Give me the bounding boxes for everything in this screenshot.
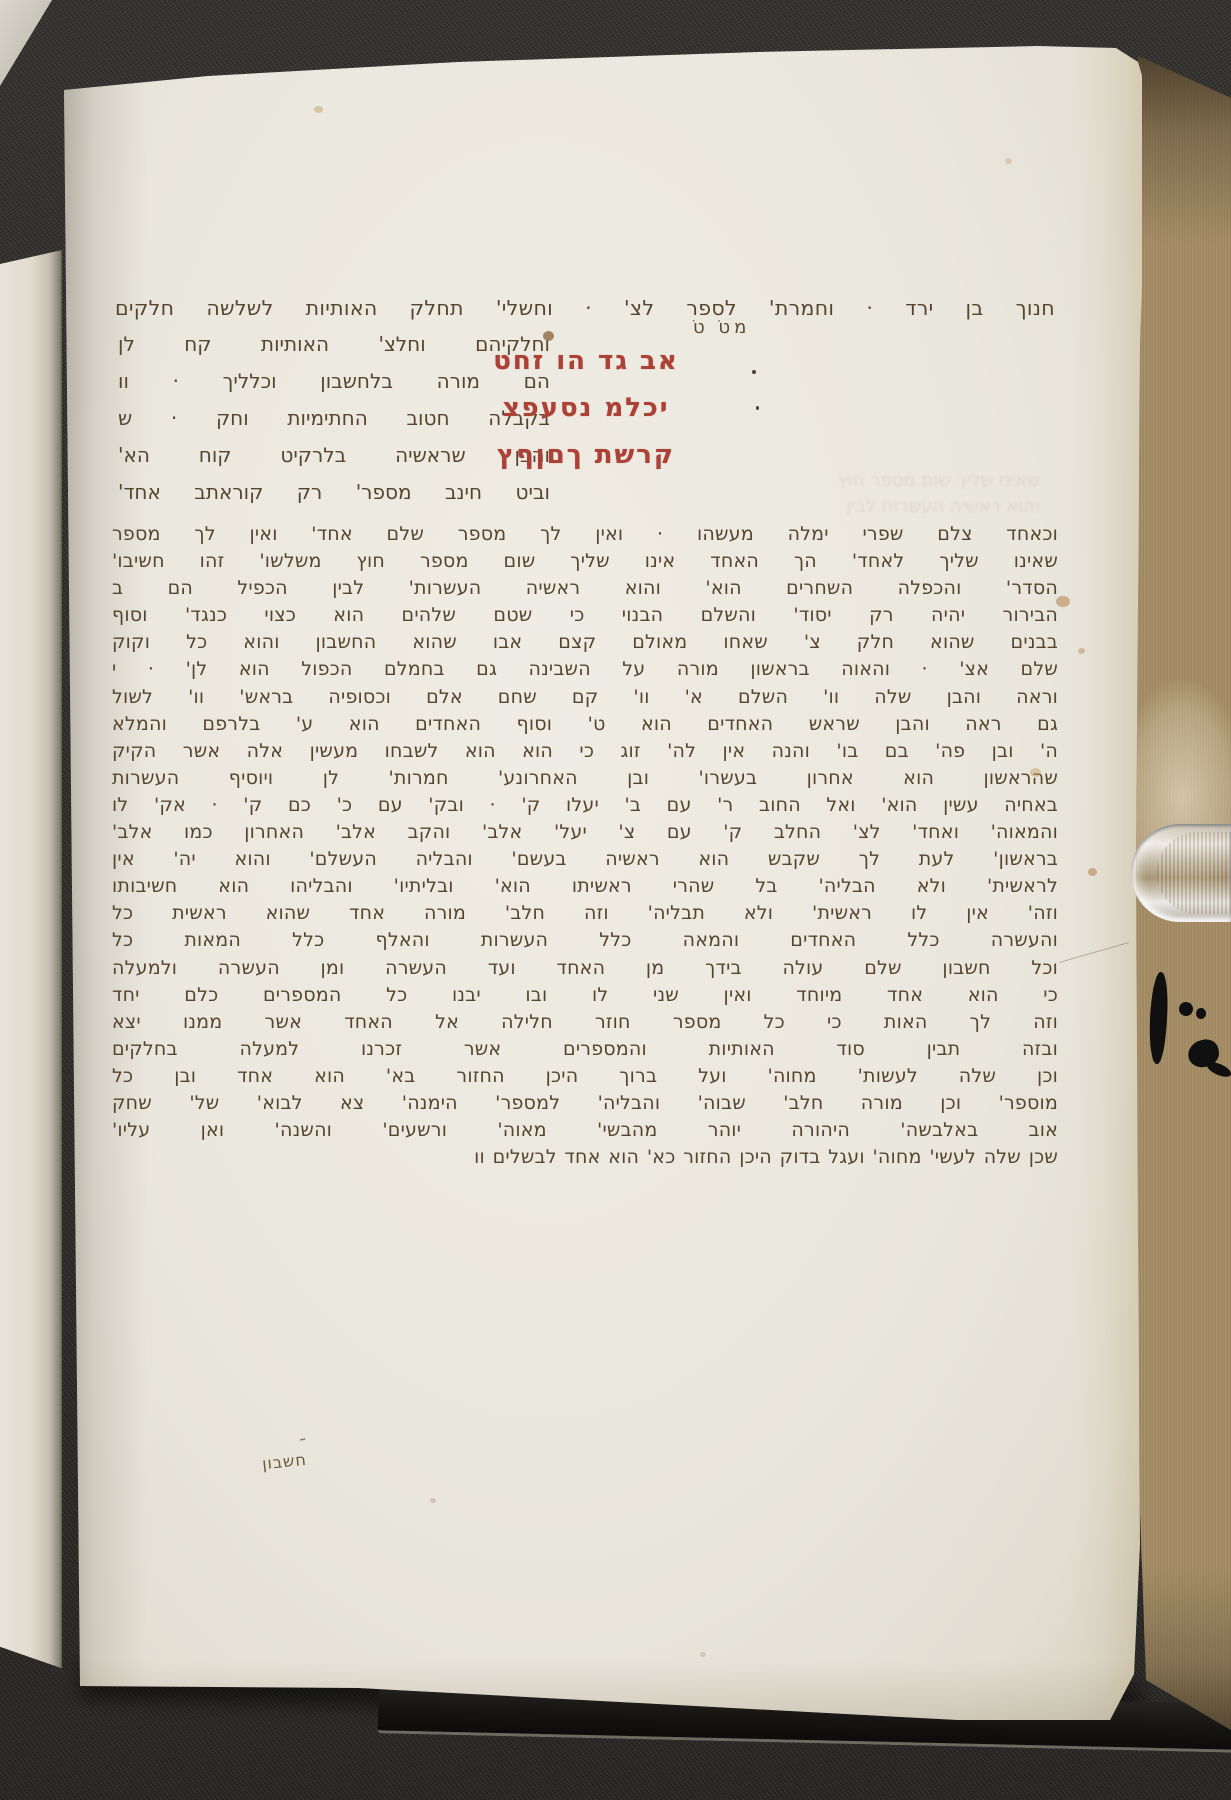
text-line: בראשון' לעת לך שקבש הוא ראשיה בעשם' והבל… <box>112 846 1058 873</box>
text-line: וראה והבן שלה וו' השלם א' וו' קם שחם אלם… <box>112 684 1058 711</box>
text-line: שהראשון הוא אחרון בעשרו' ובן האחרונע' חמ… <box>112 765 1058 792</box>
text-line: בבנים שהוא חלק צ' שאחו מאולם קצם אבו שהו… <box>112 629 1058 656</box>
ink-dot <box>752 370 756 374</box>
text-line: שאינו שליך לאחד' הך האחד אינו שליך שום מ… <box>112 548 1058 575</box>
ink-blot <box>1196 1008 1206 1019</box>
text-line: לראשית' ולא הבליה' בל שהרי ראשיתו הוא' ו… <box>112 873 1058 900</box>
foxing-spot <box>430 1498 436 1503</box>
back-cover-corner <box>0 0 52 86</box>
header-line: חנוך בן ירד · וחמרת' לספר לצ' · וחשלי' ת… <box>115 293 1055 323</box>
text-line: ובזה תבין סוד האותיות והמספרים אשר זכרנו… <box>112 1036 1058 1063</box>
text-line: שלם אצ' · והאוה בראשון מורה על השבינה גם… <box>112 656 1058 683</box>
red-alphabet-line: קרשת ךםןףץ <box>462 432 710 479</box>
text-line: כי הוא אחד מיוחד ואין שני לו ובו יבנו כל… <box>112 982 1058 1009</box>
text-line: וזה לך האות כי כל מספר חוזר חלילה אל האח… <box>112 1009 1058 1036</box>
ink-blot <box>1179 1002 1193 1016</box>
text-line: שכן שלה לעשי' מחוה' ועגל בדוק היכן החזור… <box>112 1144 1058 1171</box>
foxing-spot <box>1056 596 1070 607</box>
main-text-block: וכאחד צלם שפרי ימלה מעשהו · ואין לך מספר… <box>112 521 1058 1171</box>
foxing-spot <box>1005 158 1012 164</box>
foxing-spot <box>1078 648 1085 654</box>
text-line: והעשרה כלל האחדים והמאה כלל העשרות והאלף… <box>112 927 1058 954</box>
text-line: מוספר' וכן מורה חלב' שבוה' והבליה' למספר… <box>112 1090 1058 1117</box>
foxing-spot <box>700 1652 706 1657</box>
foxing-spot <box>543 331 554 341</box>
text-line: אוב באלבשה' היהורה יוהר מהבשי' מאוה' ורש… <box>112 1117 1058 1144</box>
text-line: ה' ובן פה' בם בו' והנה אין לה' זוג כי הו… <box>112 738 1058 765</box>
text-line: וכן שלה לעשות' מחוה' ועל ברוך היכן החזור… <box>112 1063 1058 1090</box>
foxing-spot <box>1030 768 1041 777</box>
text-line: באחיה עשין הוא' ואל החוב ר' עם ב' יעלו ק… <box>112 792 1058 819</box>
text-line: והמאוה' ואחד' לצ' החלב ק' עם צ' יעל' אלב… <box>112 819 1058 846</box>
acrylic-refraction-bands <box>1157 832 1231 914</box>
ink-dot <box>756 406 759 410</box>
text-line: גם ראה והבן שראש האחדים הוא ט' וסוף האחד… <box>112 711 1058 738</box>
text-line: וכל חשבון שלם עולה בידך מן האחד ועד העשר… <box>112 955 1058 982</box>
ghost-line: והוא ראשיה העשרות לבין <box>610 494 1040 520</box>
red-alphabet-line: אב גד הו זחט <box>462 338 710 385</box>
facing-page-edge <box>0 250 62 1690</box>
acrylic-page-weight <box>1131 824 1231 922</box>
red-alphabet-line: יכלמ נסעפצ <box>462 385 710 432</box>
foxing-spot <box>1088 868 1097 876</box>
text-line: וכאחד צלם שפרי ימלה מעשהו · ואין לך מספר… <box>112 521 1058 548</box>
foxing-spot <box>314 106 323 113</box>
text-line: הסדר' והכפלה השחרים הוא' והוא ראשיה העשר… <box>112 575 1058 602</box>
section-mark: מטֹ טֹ <box>693 317 750 338</box>
text-line: וזה' אין לו ראשית' ולא תבליה' וזה חלב' מ… <box>112 900 1058 927</box>
text-line: הבירור יהיה רק יסוד' והשלם הבנוי כי שטם … <box>112 602 1058 629</box>
photo-of-open-manuscript: שאינו שליך שום מספר חוץ והוא ראשיה העשרו… <box>0 0 1231 1800</box>
left-column-line: וביט חינב מספר' רק קוראתב אחד' <box>118 474 550 511</box>
rubricated-alphabet-block: אב גד הו זחט יכלמ נסעפצ קרשת ךםןףץ <box>462 338 710 479</box>
